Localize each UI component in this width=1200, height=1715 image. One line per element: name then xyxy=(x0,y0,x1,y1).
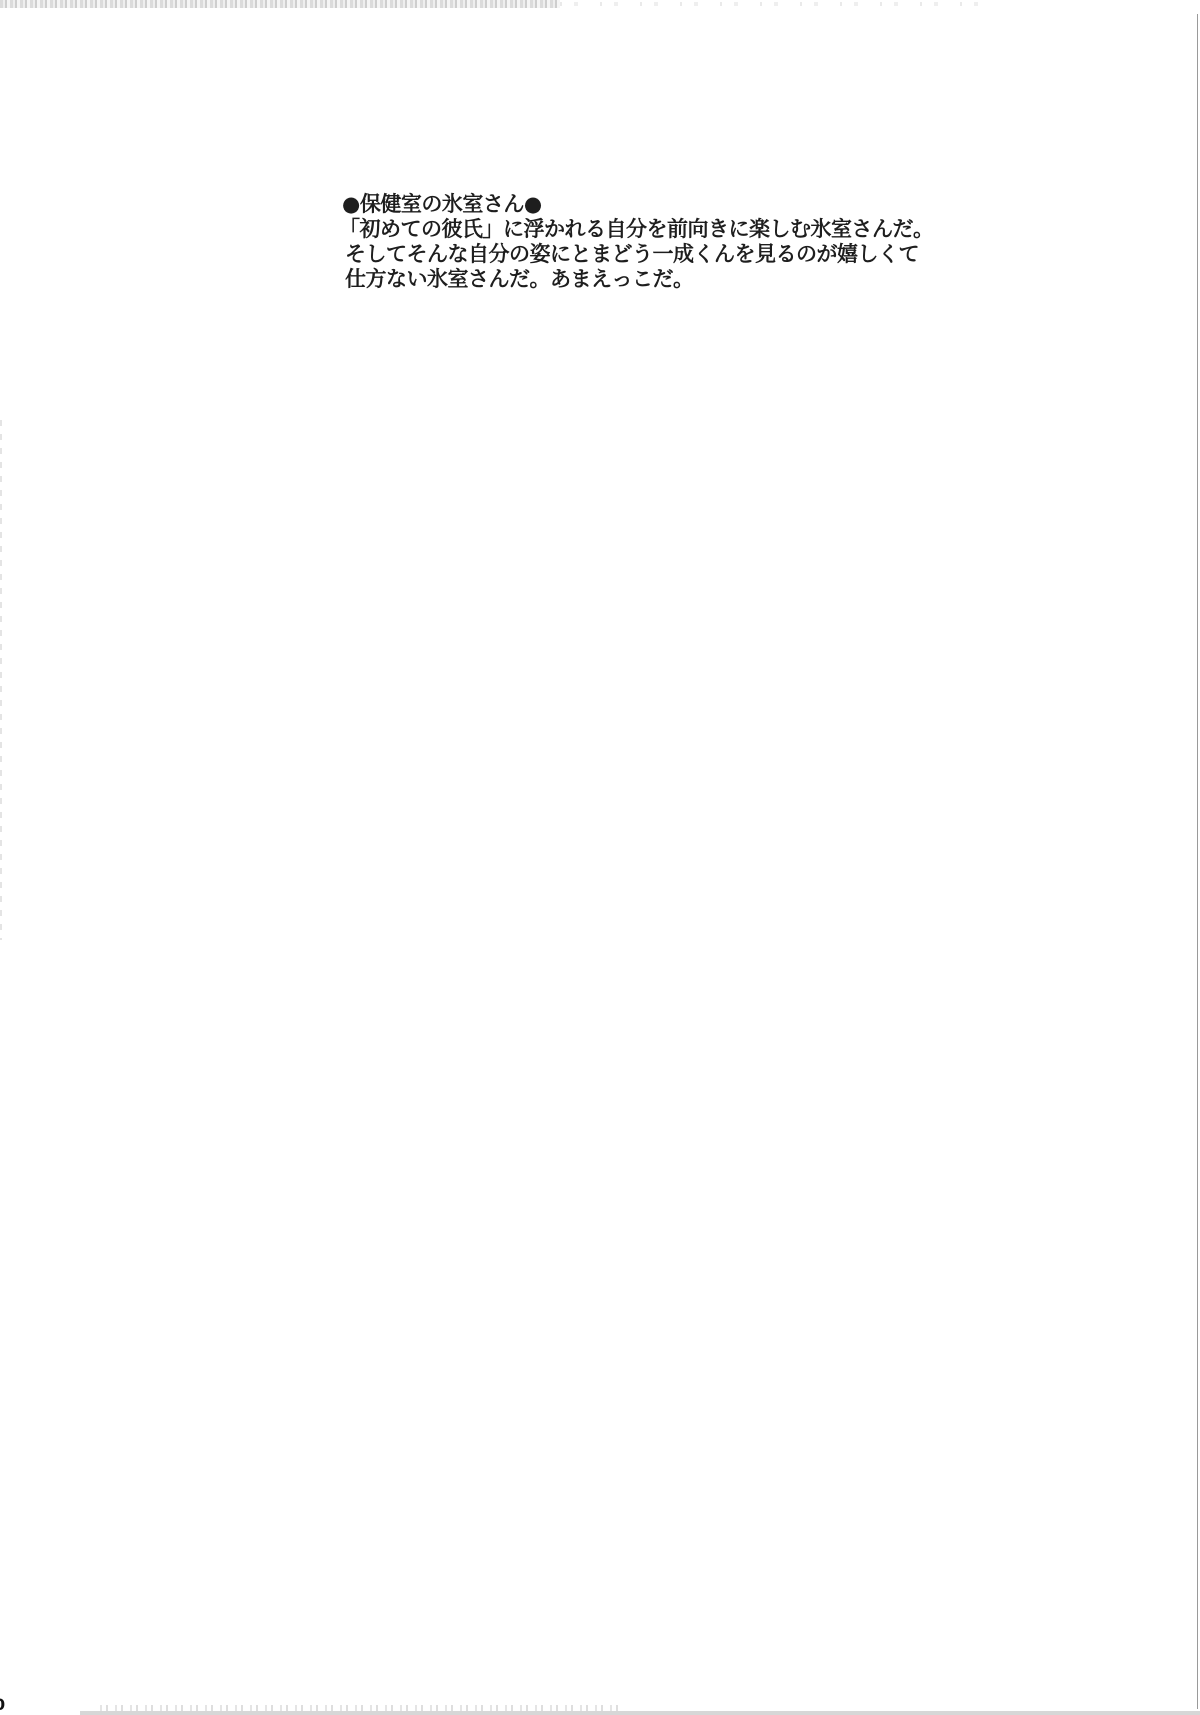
page-number: 0 xyxy=(0,1697,5,1713)
afterword-line-1: 「初めての彼氏」に浮かれる自分を前向きに楽しむ氷室さんだ。 xyxy=(339,217,1045,242)
scanned-page: ●保健室の氷室さん● 「初めての彼氏」に浮かれる自分を前向きに楽しむ氷室さんだ。… xyxy=(0,0,1200,1715)
afterword-text-block: ●保健室の氷室さん● 「初めての彼氏」に浮かれる自分を前向きに楽しむ氷室さんだ。… xyxy=(345,192,1045,292)
page-edge-line xyxy=(1197,14,1198,1709)
scan-noise-bottom xyxy=(80,1709,1200,1715)
scan-noise-top xyxy=(0,0,560,8)
scan-noise-top-faint xyxy=(560,2,980,6)
afterword-heading: ●保健室の氷室さん● xyxy=(342,192,1045,217)
afterword-line-2: そしてそんな自分の姿にとまどう一成くんを見るのが嬉しくて xyxy=(345,242,1045,267)
afterword-line-3: 仕方ない氷室さんだ。あまえっこだ。 xyxy=(345,267,1045,292)
scan-noise-left-edge xyxy=(0,420,2,940)
